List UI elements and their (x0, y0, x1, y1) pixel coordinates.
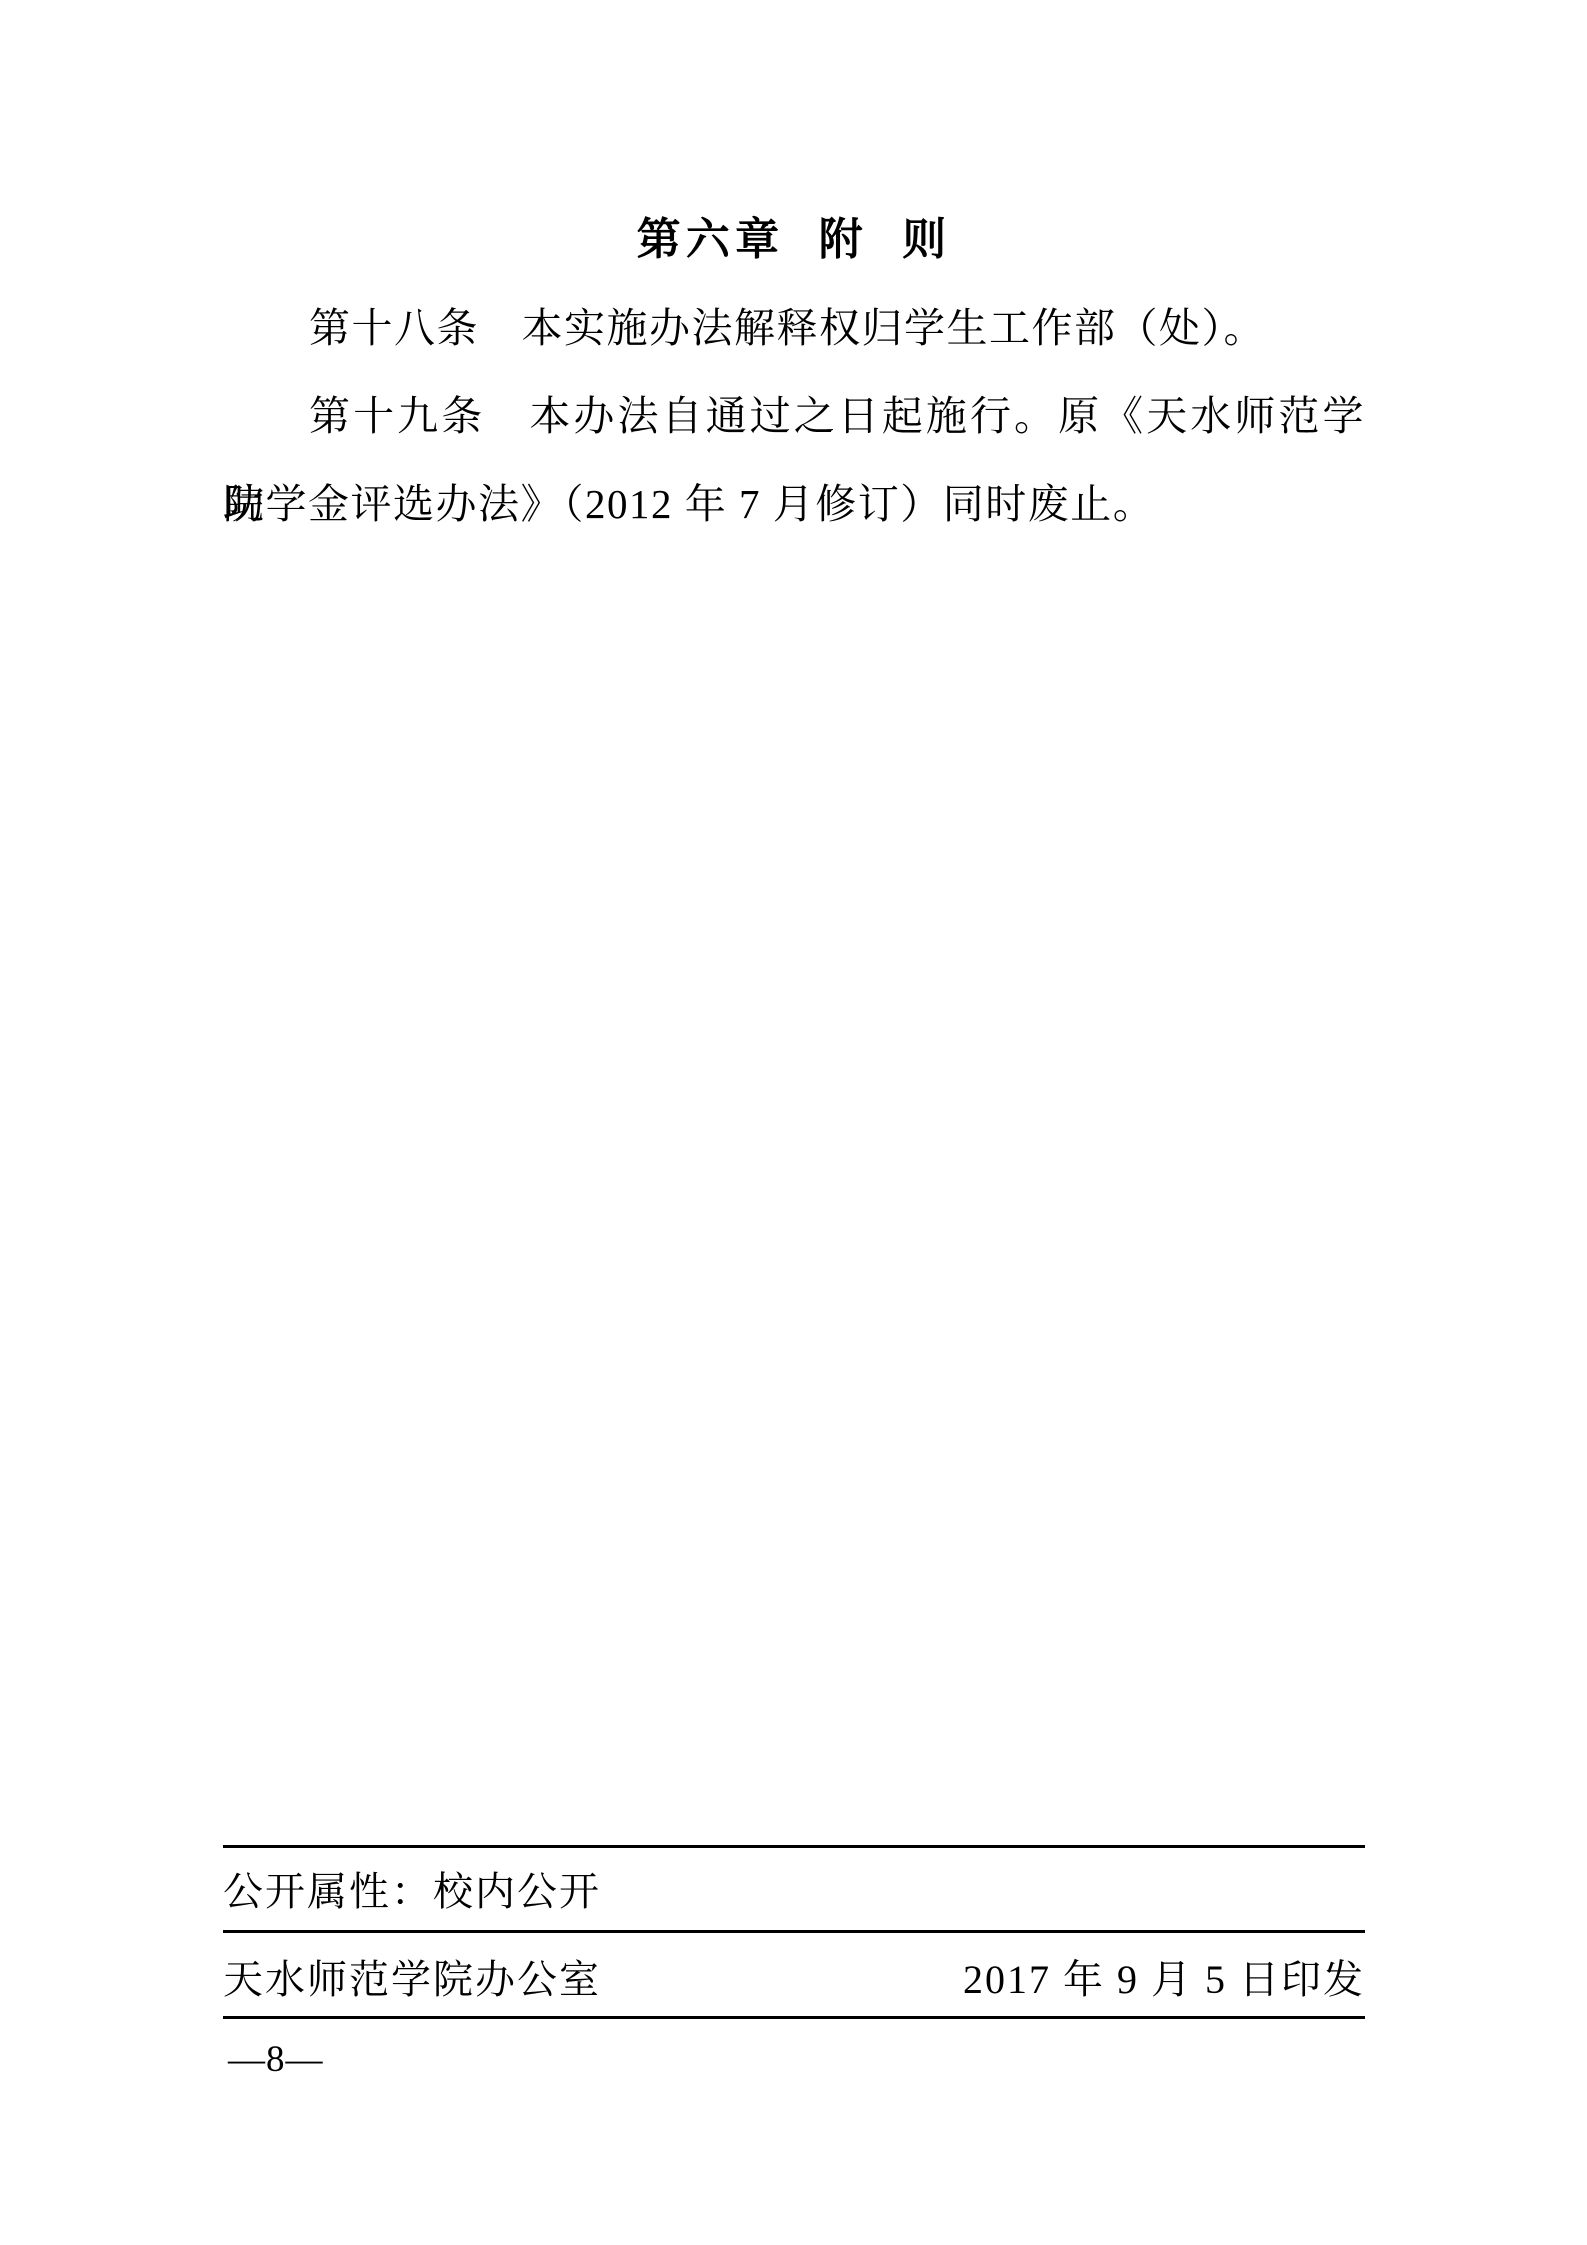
issuer-row: 天水师范学院办公室 2017 年 9 月 5 日印发 (223, 1954, 1365, 2006)
paragraph-article-19-line-2: 助学金评选办法》（2012 年 7 月修订）同时废止。 (223, 460, 1365, 548)
print-date: 2017 年 9 月 5 日印发 (963, 1954, 1365, 2006)
page-number: —8— (228, 2038, 324, 2081)
publicity-attribute: 公开属性：校内公开 (223, 1866, 1365, 1918)
document-page: 第六章 附 则 第十八条 本实施办法解释权归学生工作部（处）。 第十九条 本办法… (0, 0, 1587, 2245)
footer-rule-bottom (223, 2016, 1365, 2019)
paragraph-article-19-line-1: 第十九条 本办法自通过之日起施行。原《天水师范学院 (223, 372, 1365, 460)
footer-rule-middle (223, 1930, 1365, 1933)
document-body: 第十八条 本实施办法解释权归学生工作部（处）。 第十九条 本办法自通过之日起施行… (223, 284, 1365, 548)
issuing-office: 天水师范学院办公室 (223, 1954, 601, 2006)
footer-rule-top (223, 1845, 1365, 1848)
chapter-heading: 第六章 附 则 (223, 196, 1365, 284)
paragraph-article-18: 第十八条 本实施办法解释权归学生工作部（处）。 (223, 284, 1365, 372)
